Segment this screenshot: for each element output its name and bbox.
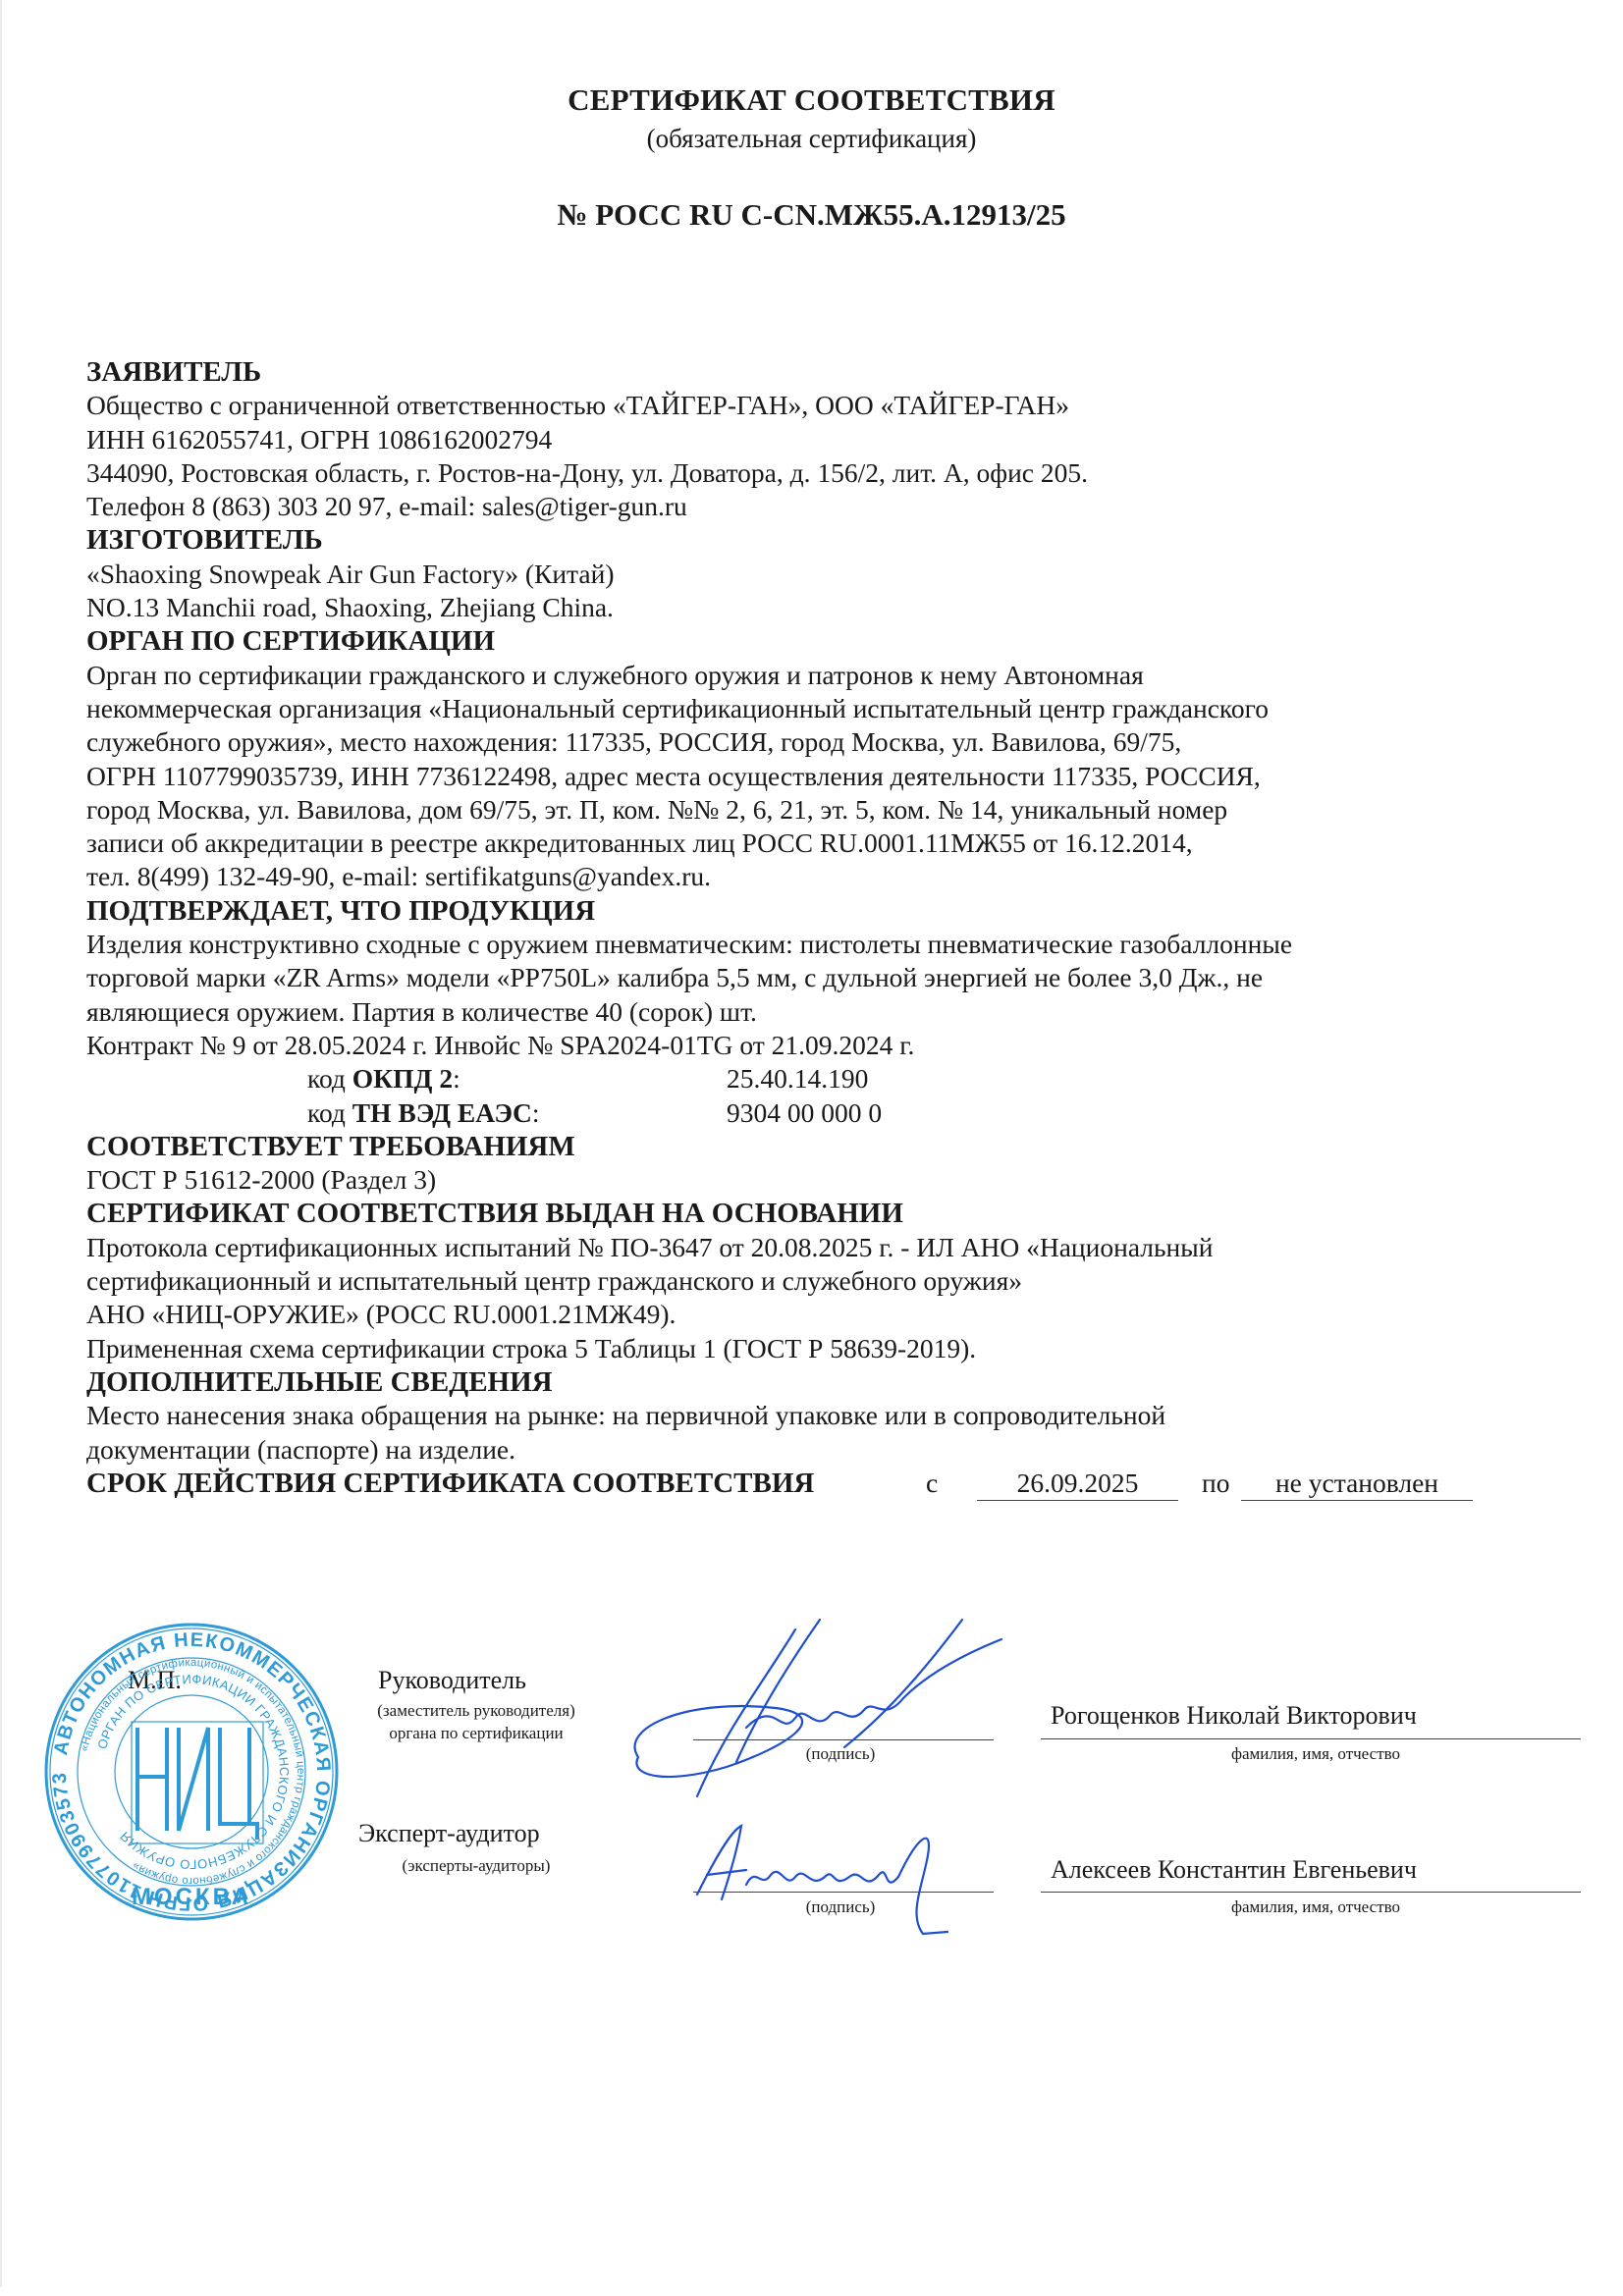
head-role-note: (заместитель руководителя) <box>339 1701 614 1721</box>
validity-from-value: 26.09.2025 <box>977 1467 1178 1501</box>
svg-text:ОРГАН ПО СЕРТИФИКАЦИИ ГРАЖДАНС: ОРГАН ПО СЕРТИФИКАЦИИ ГРАЖДАНСКОГО И СЛУ… <box>94 1672 292 1872</box>
manufacturer-line: NO.13 Manchii road, Shaoxing, Zhejiang C… <box>86 591 1579 624</box>
head-role-note: органа по сертификации <box>339 1724 614 1743</box>
expert-name: Алексеев Константин Евгеньевич <box>1051 1855 1417 1885</box>
head-name: Рогощенков Николай Викторович <box>1051 1701 1417 1731</box>
head-signature-icon <box>609 1600 1021 1806</box>
scan-edge <box>0 0 2 2287</box>
basis-line: Примененная схема сертификации строка 5 … <box>86 1332 1579 1365</box>
additional-heading: ДОПОЛНИТЕЛЬНЫЕ СВЕДЕНИЯ <box>86 1365 1579 1399</box>
expert-role: Эксперт-аудитор <box>358 1819 540 1848</box>
certificate-number: № РОСС RU С-CN.МЖ55.А.12913/25 <box>0 197 1623 233</box>
expert-name-caption: фамилия, имя, отчество <box>1168 1897 1463 1917</box>
round-seal-stamp-icon: АВТОНОМНАЯ НЕКОММЕРЧЕСКАЯ ОРГАНИЗАЦИЯ ОГ… <box>39 1620 344 1924</box>
certification-body-line: Орган по сертификации гражданского и слу… <box>86 659 1579 692</box>
basis-line: Протокола сертификационных испытаний № П… <box>86 1231 1579 1264</box>
product-heading: ПОДТВЕРЖДАЕТ, ЧТО ПРОДУКЦИЯ <box>86 894 1579 928</box>
certification-body-line: тел. 8(499) 132-49-90, e-mail: sertifika… <box>86 860 1579 893</box>
manufacturer-heading: ИЗГОТОВИТЕЛЬ <box>86 523 1579 557</box>
document-subtitle: (обязательная сертификация) <box>0 124 1623 154</box>
code-value: 9304 00 000 0 <box>727 1096 882 1130</box>
code-label: код ТН ВЭД ЕАЭС: <box>307 1096 540 1130</box>
applicant-line: Телефон 8 (863) 303 20 97, e-mail: sales… <box>86 490 1579 523</box>
head-name-line <box>1041 1738 1581 1739</box>
certificate-body: ЗАЯВИТЕЛЬ Общество с ограниченной ответс… <box>86 355 1579 1500</box>
requirements-line: ГОСТ Р 51612-2000 (Раздел 3) <box>86 1163 1579 1197</box>
applicant-heading: ЗАЯВИТЕЛЬ <box>86 355 1579 389</box>
code-value: 25.40.14.190 <box>727 1062 868 1095</box>
validity-to-label: по <box>1202 1467 1229 1500</box>
head-name-caption: фамилия, имя, отчество <box>1168 1744 1463 1764</box>
validity-row: СРОК ДЕЙСТВИЯ СЕРТИФИКАТА СООТВЕТСТВИЯ с… <box>86 1467 1579 1500</box>
certification-body-line: ОГРН 1107799035739, ИНН 7736122498, адре… <box>86 760 1579 793</box>
product-line: являющиеся оружием. Партия в количестве … <box>86 995 1579 1029</box>
certification-body-line: служебного оружия», место нахождения: 11… <box>86 725 1579 759</box>
certification-body-heading: ОРГАН ПО СЕРТИФИКАЦИИ <box>86 624 1579 658</box>
validity-from-label: с <box>926 1467 938 1500</box>
applicant-line: 344090, Ростовская область, г. Ростов-на… <box>86 456 1579 490</box>
additional-line: документации (паспорте) на изделие. <box>86 1433 1579 1467</box>
svg-text:«Национальный сертификационный: «Национальный сертификационный и испытат… <box>79 1657 306 1887</box>
product-codes: код ОКПД 2: 25.40.14.190 код ТН ВЭД ЕАЭС… <box>86 1062 1579 1130</box>
basis-heading: СЕРТИФИКАТ СООТВЕТСТВИЯ ВЫДАН НА ОСНОВАН… <box>86 1197 1579 1230</box>
requirements-heading: СООТВЕТСТВУЕТ ТРЕБОВАНИЯМ <box>86 1130 1579 1163</box>
expert-name-line <box>1041 1892 1581 1893</box>
additional-line: Место нанесения знака обращения на рынке… <box>86 1399 1579 1432</box>
applicant-line: Общество с ограниченной ответственностью… <box>86 389 1579 422</box>
validity-to-value: не установлен <box>1241 1467 1473 1501</box>
document-title: СЕРТИФИКАТ СООТВЕТСТВИЯ <box>0 82 1623 118</box>
certification-body-line: город Москва, ул. Вавилова, дом 69/75, э… <box>86 793 1579 827</box>
expert-role-note: (эксперты-аудиторы) <box>339 1856 614 1876</box>
product-line: Контракт № 9 от 28.05.2024 г. Инвойс № S… <box>86 1029 1579 1062</box>
head-role: Руководитель <box>378 1666 526 1695</box>
basis-line: сертификационный и испытательный центр г… <box>86 1264 1579 1298</box>
certification-body-line: некоммерческая организация «Национальный… <box>86 692 1579 725</box>
product-line: торговой марки «ZR Arms» модели «PP750L»… <box>86 961 1579 994</box>
code-label: код ОКПД 2: <box>307 1062 460 1095</box>
certificate-page: СЕРТИФИКАТ СООТВЕТСТВИЯ (обязательная се… <box>0 0 1623 2296</box>
manufacturer-line: «Shaoxing Snowpeak Air Gun Factory» (Кит… <box>86 558 1579 591</box>
basis-line: АНО «НИЦ-ОРУЖИЕ» (РОСС RU.0001.21МЖ49). <box>86 1298 1579 1331</box>
validity-heading: СРОК ДЕЙСТВИЯ СЕРТИФИКАТА СООТВЕТСТВИЯ <box>86 1467 814 1500</box>
certification-body-line: записи об аккредитации в реестре аккреди… <box>86 827 1579 860</box>
svg-text:МОСКВА: МОСКВА <box>132 1884 251 1910</box>
applicant-line: ИНН 6162055741, ОГРН 1086162002794 <box>86 423 1579 456</box>
product-line: Изделия конструктивно сходные с оружием … <box>86 928 1579 961</box>
expert-signature-icon <box>687 1816 982 1944</box>
